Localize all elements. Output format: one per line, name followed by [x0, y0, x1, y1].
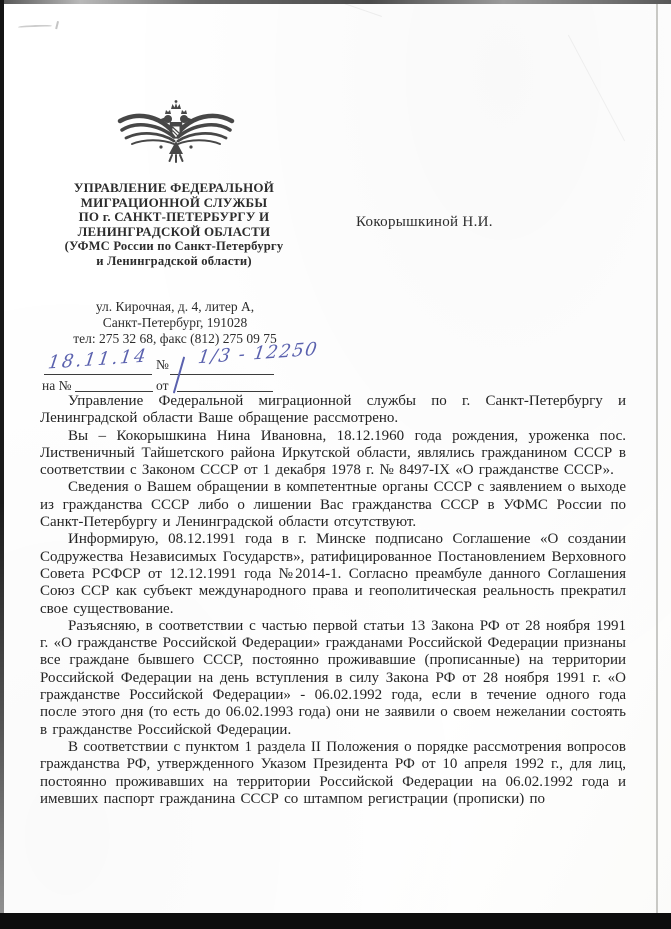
- body-paragraph: Разъясняю, в соответствии с частью перво…: [40, 618, 626, 739]
- address-line: ул. Кирочная, д. 4, литер А,: [25, 299, 325, 315]
- from-date-underline: [177, 391, 273, 392]
- scanned-letter-page: УПРАВЛЕНИЕ ФЕДЕРАЛЬНОЙ МИГРАЦИОННОЙ СЛУЖ…: [0, 0, 671, 929]
- letterhead-address: ул. Кирочная, д. 4, литер А, Санкт-Петер…: [25, 299, 325, 348]
- body-paragraph: Информирую, 08.12.1991 года в г. Минске …: [40, 531, 626, 617]
- body-paragraph: Вы – Кокорышкина Нина Ивановна, 18.12.19…: [40, 428, 626, 480]
- number-sign-label: №: [156, 357, 169, 373]
- scan-page-right-edge: [656, 4, 658, 913]
- org-short-name-line: (УФМС России по Санкт-Петербургу: [25, 239, 323, 254]
- scan-streak: [568, 35, 625, 141]
- org-name-line: УПРАВЛЕНИЕ ФЕДЕРАЛЬНОЙ: [25, 181, 323, 196]
- date-underline: [44, 374, 152, 375]
- from-date-label: от: [156, 378, 168, 394]
- org-name-line: МИГРАЦИОННОЙ СЛУЖБЫ: [25, 196, 323, 211]
- handwritten-date: 18.11.14: [47, 345, 150, 373]
- pencil-mark: [55, 21, 66, 31]
- org-short-name-line: и Ленинградской области): [25, 254, 323, 269]
- scan-edge-left: [0, 0, 4, 913]
- handwriting-descender-stroke: [173, 356, 185, 393]
- org-name-line: ПО г. САНКТ-ПЕТЕРБУРГУ И: [25, 210, 323, 225]
- pencil-mark: [18, 24, 52, 28]
- addressee-name: Кокорышкиной Н.И.: [356, 214, 493, 231]
- scan-edge-bottom: [0, 913, 671, 929]
- body-paragraph: В соответствии с пунктом 1 раздела II По…: [40, 739, 626, 808]
- letterhead-org-name: УПРАВЛЕНИЕ ФЕДЕРАЛЬНОЙ МИГРАЦИОННОЙ СЛУЖ…: [25, 181, 323, 269]
- body-paragraph: Управление Федеральной миграционной служ…: [40, 393, 626, 428]
- incoming-number-underline: [75, 391, 153, 392]
- address-line: Санкт-Петербург, 191028: [25, 315, 325, 331]
- fms-double-headed-eagle-icon: [116, 96, 236, 174]
- incoming-number-label: на №: [42, 378, 71, 394]
- scan-edge-top: [0, 0, 671, 4]
- org-name-line: ЛЕНИНГРАДСКОЙ ОБЛАСТИ: [25, 225, 323, 240]
- letter-body: Управление Федеральной миграционной служ…: [40, 393, 626, 808]
- body-paragraph: Сведения о Вашем обращении в компетентны…: [40, 479, 626, 531]
- number-underline: [170, 374, 274, 375]
